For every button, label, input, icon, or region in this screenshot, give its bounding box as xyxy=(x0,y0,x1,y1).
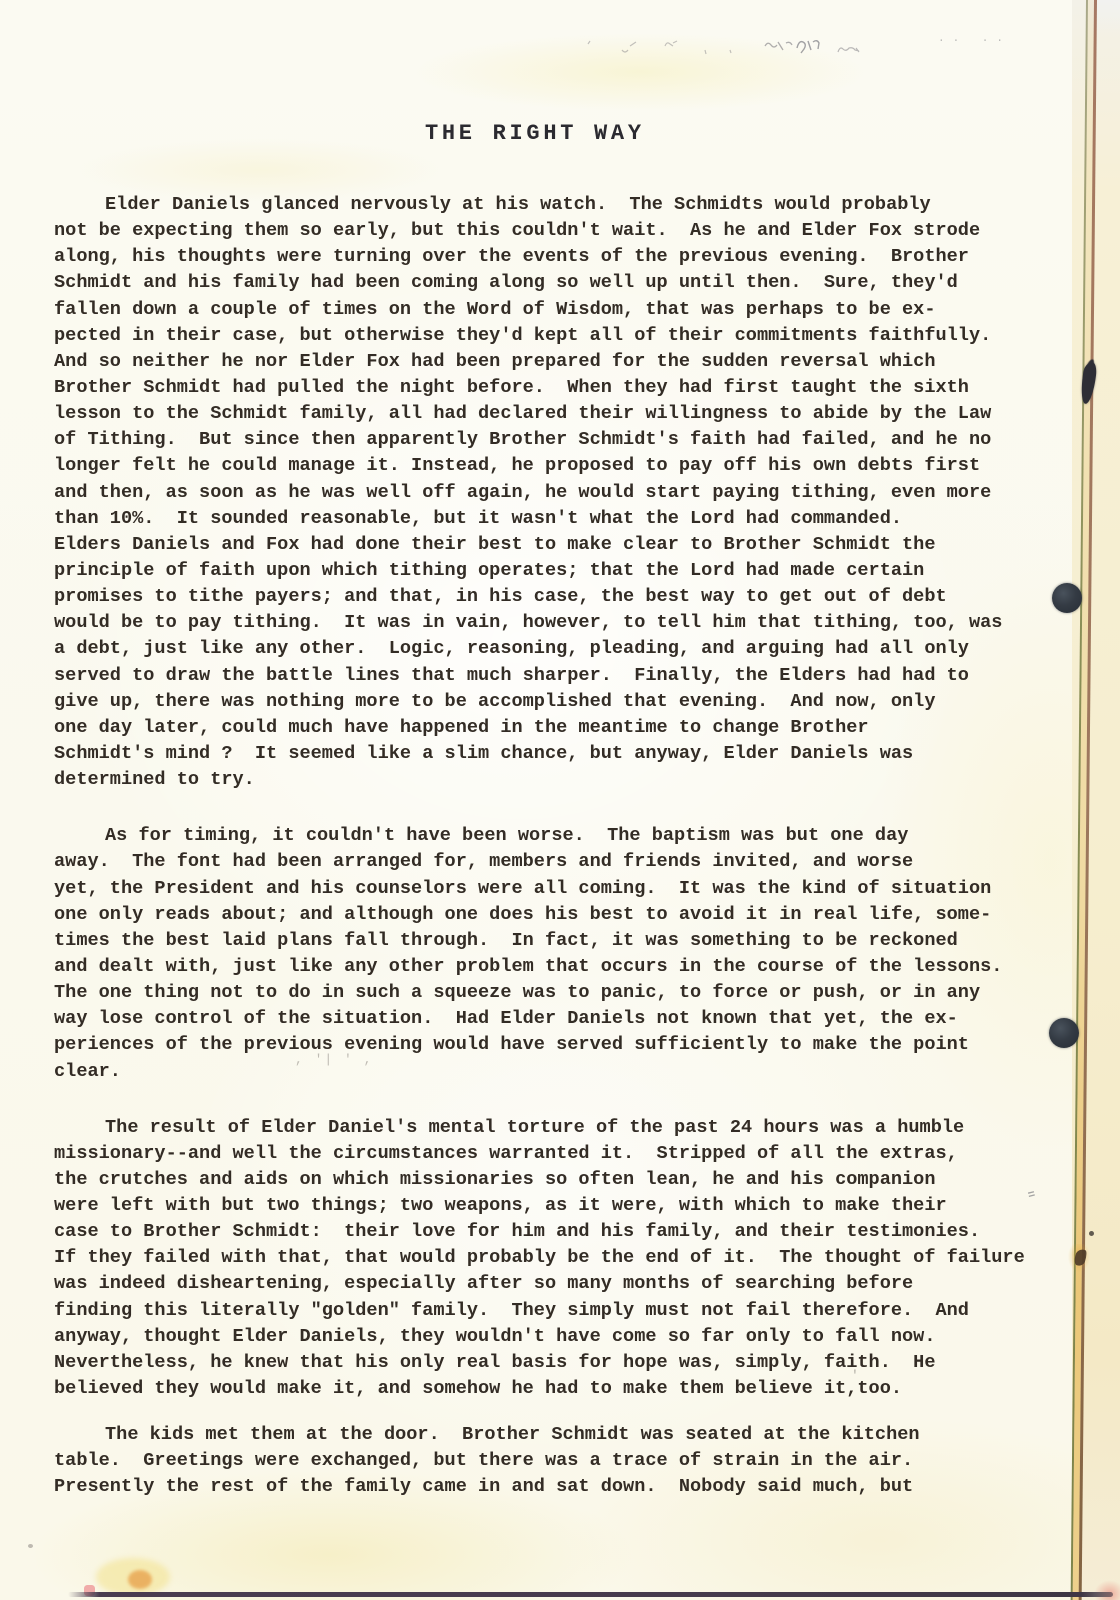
text-line: table. Greetings were exchanged, but the… xyxy=(54,1448,1025,1474)
bottom-left-speck xyxy=(28,1544,33,1548)
page-bottom-edge-line xyxy=(68,1592,1113,1597)
text-line: Schmidt's mind ? It seemed like a slim c… xyxy=(54,741,1025,767)
text-line: fallen down a couple of times on the Wor… xyxy=(54,297,1025,323)
edge-ink-dot xyxy=(1089,1231,1094,1236)
text-line: The kids met them at the door. Brother S… xyxy=(54,1422,1025,1448)
text-line: a debt, just like any other. Logic, reas… xyxy=(54,636,1025,662)
pencil-scribble xyxy=(560,28,860,62)
text-line: and dealt with, just like any other prob… xyxy=(54,954,1025,980)
paragraph: The result of Elder Daniel's mental tort… xyxy=(54,1115,1025,1403)
text-line: determined to try. xyxy=(54,767,1025,793)
text-line: was indeed disheartening, especially aft… xyxy=(54,1271,1025,1297)
binder-dot-top xyxy=(1052,583,1082,613)
text-line: not be expecting them so early, but this… xyxy=(54,218,1025,244)
text-line: along, his thoughts were turning over th… xyxy=(54,244,1025,270)
text-line: And so neither he nor Elder Fox had been… xyxy=(54,349,1025,375)
text-line: missionary--and well the circumstances w… xyxy=(54,1141,1025,1167)
pencil-dots: .. .. xyxy=(938,33,1011,45)
stray-pencil-mark: = xyxy=(1026,1187,1036,1202)
text-line: would be to pay tithing. It was in vain,… xyxy=(54,610,1025,636)
text-line: Elders Daniels and Fox had done their be… xyxy=(54,532,1025,558)
text-line: the crutches and aids on which missionar… xyxy=(54,1167,1025,1193)
text-line: promises to tithe payers; and that, in h… xyxy=(54,584,1025,610)
text-line: yet, the President and his counselors we… xyxy=(54,876,1025,902)
text-line: lesson to the Schmidt family, all had de… xyxy=(54,401,1025,427)
paragraph: As for timing, it couldn't have been wor… xyxy=(54,823,1025,1084)
text-line: give up, there was nothing more to be ac… xyxy=(54,689,1025,715)
text-line: If they failed with that, that would pro… xyxy=(54,1245,1025,1271)
text-line: longer felt he could manage it. Instead,… xyxy=(54,453,1025,479)
text-line: Presently the rest of the family came in… xyxy=(54,1474,1025,1500)
text-line: case to Brother Schmidt: their love for … xyxy=(54,1219,1025,1245)
text-line: one day later, could much have happened … xyxy=(54,715,1025,741)
text-line: away. The font had been arranged for, me… xyxy=(54,849,1025,875)
text-line: pected in their case, but otherwise they… xyxy=(54,323,1025,349)
scanned-document-page: .. .. THE RIGHT WAY Elder Daniels glance… xyxy=(0,0,1120,1600)
faint-tick-mark: ' xyxy=(851,1368,859,1383)
text-line: Schmidt and his family had been coming a… xyxy=(54,270,1025,296)
text-line: believed they would make it, and somehow… xyxy=(54,1376,1025,1402)
document-body: Elder Daniels glanced nervously at his w… xyxy=(54,192,1025,1501)
text-line: The result of Elder Daniel's mental tort… xyxy=(54,1115,1025,1141)
faint-smudge-marks: , '| ' , xyxy=(295,1052,373,1067)
paragraph: The kids met them at the door. Brother S… xyxy=(54,1422,1025,1500)
text-line: were left with but two things; two weapo… xyxy=(54,1193,1025,1219)
bottom-left-orange-stain xyxy=(128,1570,152,1589)
page-title: THE RIGHT WAY xyxy=(425,121,645,146)
text-line: finding this literally "golden" family. … xyxy=(54,1298,1025,1324)
text-line: anyway, thought Elder Daniels, they woul… xyxy=(54,1324,1025,1350)
text-line: of Tithing. But since then apparently Br… xyxy=(54,427,1025,453)
text-line: As for timing, it couldn't have been wor… xyxy=(54,823,1025,849)
text-line: Nevertheless, he knew that his only real… xyxy=(54,1350,1025,1376)
text-line: Brother Schmidt had pulled the night bef… xyxy=(54,375,1025,401)
text-line: clear. xyxy=(54,1059,1025,1085)
text-line: principle of faith upon which tithing op… xyxy=(54,558,1025,584)
text-line: one only reads about; and although one d… xyxy=(54,902,1025,928)
text-line: periences of the previous evening would … xyxy=(54,1032,1025,1058)
text-line: The one thing not to do in such a squeez… xyxy=(54,980,1025,1006)
binder-dot-bottom xyxy=(1049,1018,1079,1048)
text-line: than 10%. It sounded reasonable, but it … xyxy=(54,506,1025,532)
paragraph: Elder Daniels glanced nervously at his w… xyxy=(54,192,1025,793)
text-line: times the best laid plans fall through. … xyxy=(54,928,1025,954)
text-line: and then, as soon as he was well off aga… xyxy=(54,480,1025,506)
page-edge-corner-stain xyxy=(1094,1580,1120,1600)
text-line: Elder Daniels glanced nervously at his w… xyxy=(54,192,1025,218)
text-line: served to draw the battle lines that muc… xyxy=(54,663,1025,689)
text-line: way lose control of the situation. Had E… xyxy=(54,1006,1025,1032)
